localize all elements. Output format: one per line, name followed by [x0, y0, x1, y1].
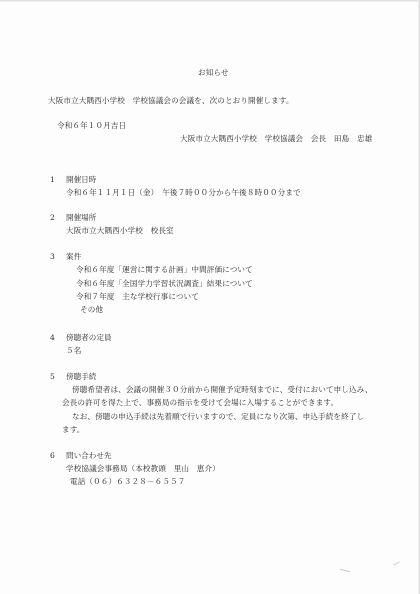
scanned-document-page: お知らせ 大阪市立大隅西小学校 学校協議会の会議を、次のとおり開催します。 令和…: [0, 0, 420, 594]
agenda-item: 令和７年度 主な学校行事について: [76, 292, 199, 302]
section-6-heading: 問い合わせ先: [66, 451, 112, 461]
section-4-line: ５名: [66, 346, 81, 356]
document-title: お知らせ: [198, 68, 229, 78]
section-3-heading: 案件: [66, 252, 81, 262]
section-3-number: 3: [50, 252, 55, 262]
contact-phone: 電話（０６）６３２８－６５５７: [70, 477, 185, 487]
contact-office: 学校協議会事務局（本校教頭 里山 恵介）: [66, 464, 220, 474]
issue-date: 令和６年１０月吉日: [57, 121, 126, 131]
section-1-number: 1: [50, 175, 55, 185]
scan-speck: [340, 569, 350, 573]
scan-speck: [393, 561, 400, 565]
section-5-line: なお、傍聴の申込手続は先着順で行いますので、定員になり次第、申込手続を終了し: [72, 412, 364, 422]
agenda-item: 令和６年度「全国学力学習状況調査」結果について: [76, 279, 253, 289]
section-4-heading: 傍聴者の定員: [66, 333, 112, 343]
section-4-number: 4: [50, 333, 55, 343]
section-5-number: 5: [50, 372, 55, 382]
scan-edge-top: [0, 0, 420, 2]
section-2-number: 2: [50, 213, 55, 223]
signer-line: 大阪市立大隅西小学校 学校協議会 会長 田島 忠雄: [180, 134, 372, 144]
section-2-heading: 開催場所: [66, 213, 96, 223]
section-1-line: 令和６年１１月１日（金） 午後７時００分から午後８時００分まで: [66, 188, 301, 198]
section-5-heading: 傍聴手続: [66, 372, 96, 382]
section-5-line: 会長の許可を得た上で、事務局の指示を受けて会場に入場することができます。: [62, 398, 338, 408]
agenda-item: 令和６年度「運営に関する計画」中間評価について: [76, 265, 253, 275]
section-5-line: 傍聴希望者は、会議の開催３０分前から開催予定時刻までに、受付において申し込み、: [72, 385, 373, 395]
section-2-line: 大阪市立大隅西小学校 校長室: [66, 226, 174, 236]
agenda-item: その他: [80, 305, 103, 315]
section-6-number: 6: [50, 451, 55, 461]
intro-text: 大阪市立大隅西小学校 学校協議会の会議を、次のとおり開催します。: [48, 96, 294, 106]
section-1-heading: 開催日時: [66, 175, 96, 185]
section-5-line: ます。: [62, 425, 84, 435]
